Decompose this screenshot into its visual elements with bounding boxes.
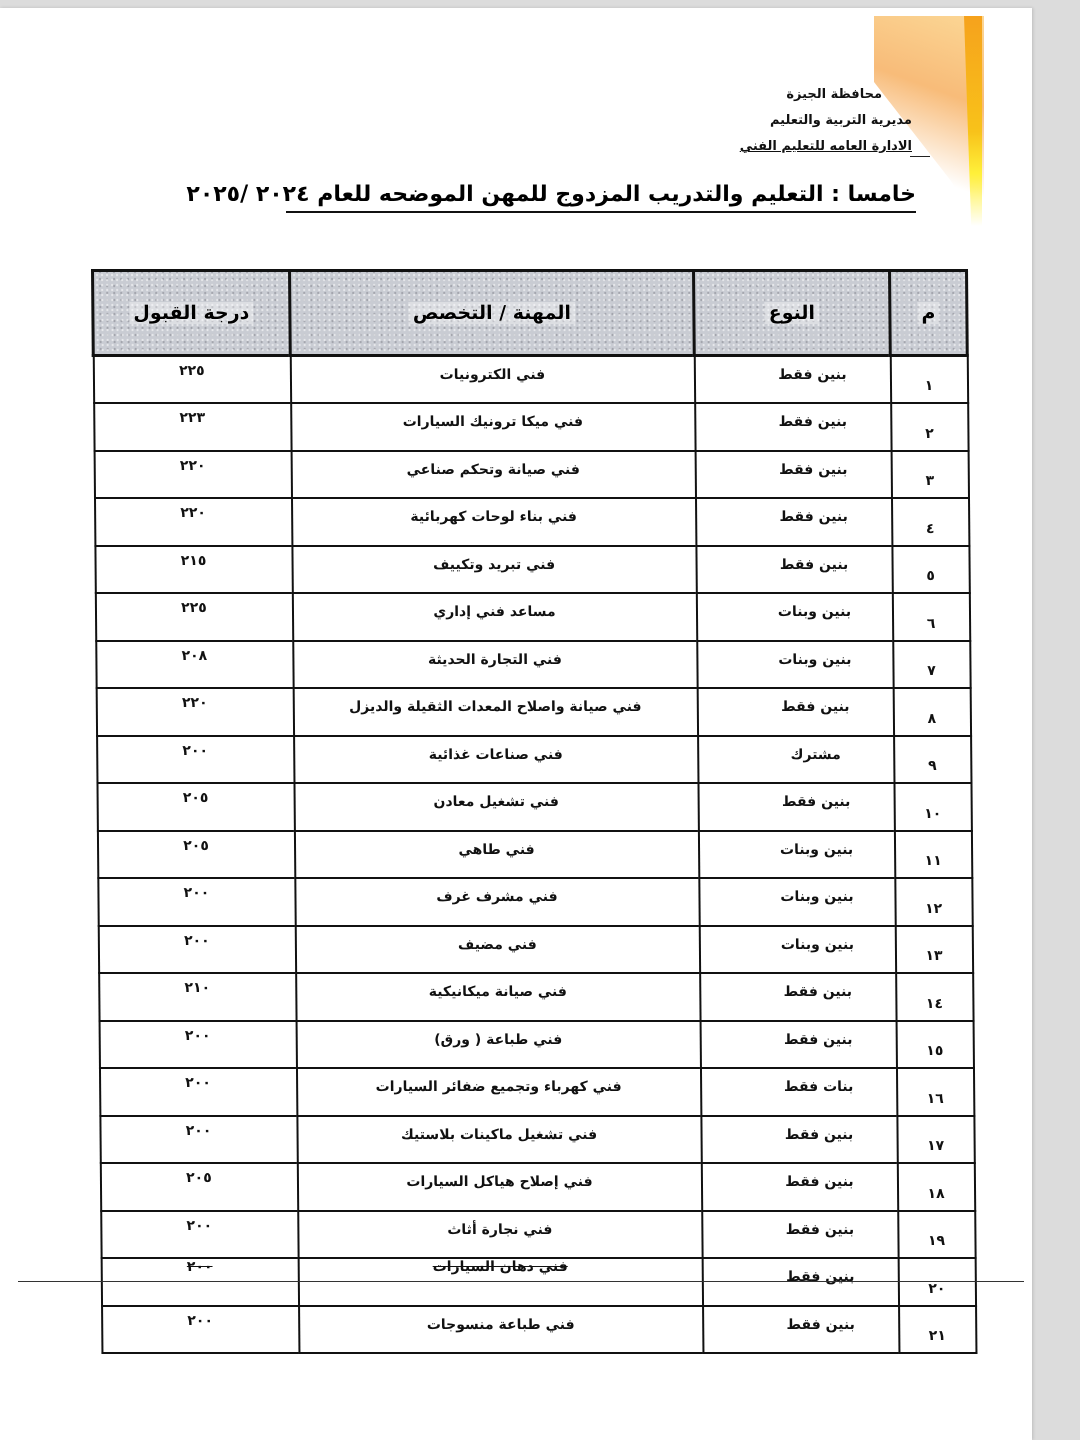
row-specialty: فني كهرباء وتجميع ضفائر السيارات — [296, 1068, 700, 1116]
row-type: بنين فقط — [695, 451, 891, 499]
row-type: بنات فقط — [700, 1068, 896, 1116]
row-number: ٤ — [891, 498, 968, 546]
row-number: ٦ — [892, 593, 969, 641]
row-type: بنين فقط — [703, 1306, 899, 1354]
row-number: ١ — [890, 356, 967, 404]
row-type: بنين وبنات — [696, 593, 892, 641]
row-number: ١٤ — [896, 973, 973, 1021]
row-number: ١٨ — [897, 1163, 974, 1211]
row-specialty: فني طاهي — [294, 831, 698, 879]
table-row: ٤بنين فقطفني بناء لوحات كهربائية٢٢٠ — [94, 498, 968, 546]
row-type: بنين فقط — [698, 783, 894, 831]
table-row: ٧بنين وبناتفني التجارة الحديثة٢٠٨ — [96, 641, 970, 689]
row-grade: ٢٠٥ — [97, 783, 294, 831]
admission-table: م النوع المهنة / التخصص درجة القبول ١بني… — [91, 269, 977, 1354]
row-grade: ٢٠٠ — [102, 1306, 299, 1354]
row-grade: ٢٠٠ — [99, 1068, 296, 1116]
row-specialty: فني مضيف — [295, 926, 699, 974]
row-grade: ٢٢٠ — [94, 451, 291, 499]
row-specialty: فني تشغيل معادن — [294, 783, 698, 831]
row-grade: ٢٢٣ — [94, 403, 291, 451]
table-row: ١٣بنين وبناتفني مضيف٢٠٠ — [98, 926, 972, 974]
row-number: ٨ — [893, 688, 970, 736]
row-type: بنين فقط — [695, 498, 891, 546]
row-grade: ٢٠٠ — [98, 926, 295, 974]
row-number: ١٢ — [895, 878, 972, 926]
table-row: ١٠بنين فقطفني تشغيل معادن٢٠٥ — [97, 783, 971, 831]
row-specialty: فني طباعة ( ورق) — [296, 1021, 700, 1069]
row-type: بنين فقط — [700, 973, 896, 1021]
row-number: ١٦ — [896, 1068, 973, 1116]
row-specialty: مساعد فني إداري — [292, 593, 696, 641]
table-row: ٥بنين فقطفني تبريد وتكييف٢١٥ — [95, 546, 969, 594]
letterhead-department: الادارة العامه للتعليم الفني — [592, 134, 912, 160]
row-number: ١٣ — [895, 926, 972, 974]
row-number: ٢١ — [899, 1306, 976, 1354]
page-title: خامسا : التعليم والتدريب المزدوج للمهن ا… — [286, 182, 916, 213]
table-row: ٦بنين وبناتمساعد فني إداري٢٢٥ — [95, 593, 969, 641]
row-type: بنين فقط — [701, 1163, 897, 1211]
letterhead: محافظة الجيزة مديرية التربية والتعليم ال… — [592, 82, 912, 160]
strikethrough-line — [18, 1281, 1024, 1282]
row-specialty: فني بناء لوحات كهربائية — [291, 498, 695, 546]
row-specialty: فني صيانة واصلاح المعدات الثقيلة والديزل — [293, 688, 697, 736]
document-page: محافظة الجيزة مديرية التربية والتعليم ال… — [0, 8, 1032, 1440]
row-number: ١١ — [894, 831, 971, 879]
row-type: بنين فقط — [702, 1211, 898, 1259]
row-type: بنين فقط — [697, 688, 893, 736]
row-grade: ٢١٠ — [99, 973, 296, 1021]
row-number: ٣ — [891, 451, 968, 499]
table-header-row: م النوع المهنة / التخصص درجة القبول — [93, 271, 968, 356]
row-specialty: فني تبريد وتكييف — [292, 546, 696, 594]
row-specialty: فني صيانة وتحكم صناعي — [291, 451, 695, 499]
row-type: بنين وبنات — [699, 878, 895, 926]
row-number: ١٠ — [894, 783, 971, 831]
row-number: ٢ — [891, 403, 968, 451]
header-num: م — [890, 271, 968, 356]
letterhead-directorate: مديرية التربية والتعليم — [592, 108, 912, 134]
table-row: ١٩بنين فقطفني نجارة أثاث٢٠٠ — [101, 1211, 975, 1259]
letterhead-underline — [910, 156, 930, 157]
row-type: بنين وبنات — [699, 926, 895, 974]
row-type: بنين فقط — [694, 356, 890, 404]
table-row: ١٦بنات فقطفني كهرباء وتجميع ضفائر السيار… — [99, 1068, 973, 1116]
header-grade: درجة القبول — [93, 271, 291, 356]
row-specialty: فني نجارة أثاث — [298, 1211, 702, 1259]
letterhead-governorate: محافظة الجيزة — [592, 82, 912, 108]
header-specialty: المهنة / التخصص — [290, 271, 695, 356]
row-specialty: فني صيانة ميكانيكية — [296, 973, 700, 1021]
row-type: بنين فقط — [701, 1116, 897, 1164]
row-number: ٩ — [894, 736, 971, 784]
row-grade: ٢٠٨ — [96, 641, 293, 689]
header-type: النوع — [694, 271, 891, 356]
row-grade: ٢٢٠ — [96, 688, 293, 736]
row-type: مشترك — [698, 736, 894, 784]
row-grade: ٢٢٥ — [95, 593, 292, 641]
row-type: بنين وبنات — [698, 831, 894, 879]
row-grade: ٢٠٠ — [98, 878, 295, 926]
table-row: ٣بنين فقطفني صيانة وتحكم صناعي٢٢٠ — [94, 451, 968, 499]
table-row: ١١بنين وبناتفني طاهي٢٠٥ — [97, 831, 971, 879]
table-row: ١بنين فقطفني الكترونيات٢٢٥ — [93, 356, 967, 404]
row-grade: ٢٠٠ — [101, 1211, 298, 1259]
row-grade: ٢٠٠ — [99, 1021, 296, 1069]
row-grade: ٢٠٠ — [97, 736, 294, 784]
table-row: ١٥بنين فقطفني طباعة ( ورق)٢٠٠ — [99, 1021, 973, 1069]
row-grade: ٢٠٥ — [100, 1163, 297, 1211]
row-number: ١٧ — [897, 1116, 974, 1164]
table-row: ٨بنين فقطفني صيانة واصلاح المعدات الثقيل… — [96, 688, 970, 736]
table-row: ٩مشتركفني صناعات غذائية٢٠٠ — [97, 736, 971, 784]
row-grade: ٢١٥ — [95, 546, 292, 594]
row-type: بنين فقط — [700, 1021, 896, 1069]
table-row: ١٧بنين فقطفني تشغيل ماكينات بلاستيك٢٠٠ — [100, 1116, 974, 1164]
row-specialty: فني ميكا ترونيك السيارات — [291, 403, 695, 451]
row-grade: ٢٠٠ — [100, 1116, 297, 1164]
row-specialty: فني صناعات غذائية — [294, 736, 698, 784]
row-specialty: فني التجارة الحديثة — [293, 641, 697, 689]
table-row: ١٤بنين فقطفني صيانة ميكانيكية٢١٠ — [99, 973, 973, 1021]
row-number: ١٩ — [898, 1211, 975, 1259]
row-specialty: فني إصلاح هياكل السيارات — [297, 1163, 701, 1211]
row-specialty: فني الكترونيات — [290, 356, 694, 404]
row-type: بنين وبنات — [697, 641, 893, 689]
row-grade: ٢٢٥ — [93, 356, 290, 404]
row-number: ١٥ — [896, 1021, 973, 1069]
row-specialty: فني تشغيل ماكينات بلاستيك — [297, 1116, 701, 1164]
table-row: ٢١بنين فقطفني طباعة منسوجات٢٠٠ — [102, 1306, 976, 1354]
row-specialty: فني طباعة منسوجات — [299, 1306, 703, 1354]
table-row: ١٢بنين وبناتفني مشرف غرف٢٠٠ — [98, 878, 972, 926]
table-row: ٢بنين فقطفني ميكا ترونيك السيارات٢٢٣ — [94, 403, 968, 451]
row-number: ٧ — [893, 641, 970, 689]
row-specialty: فني مشرف غرف — [295, 878, 699, 926]
table-row: ١٨بنين فقطفني إصلاح هياكل السيارات٢٠٥ — [100, 1163, 974, 1211]
row-type: بنين فقط — [696, 546, 892, 594]
row-grade: ٢٢٠ — [94, 498, 291, 546]
row-grade: ٢٠٥ — [97, 831, 294, 879]
row-type: بنين فقط — [695, 403, 891, 451]
row-number: ٥ — [892, 546, 969, 594]
